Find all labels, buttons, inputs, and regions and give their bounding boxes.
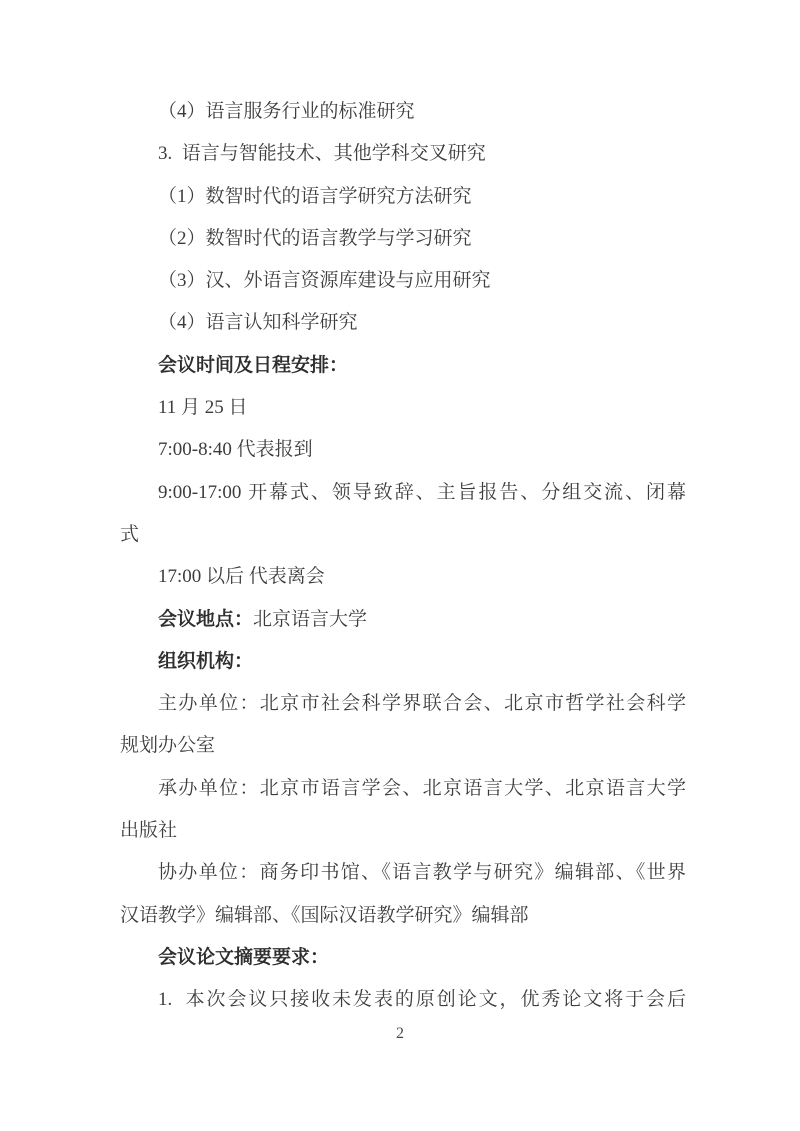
topic-list-item: （4）语言认知科学研究 bbox=[120, 302, 686, 344]
heading-organizers-label: 组织机构： bbox=[158, 651, 253, 672]
topic-list-item: （1）数智时代的语言学研究方法研究 bbox=[120, 176, 686, 218]
heading-organizers: 组织机构： bbox=[120, 641, 686, 683]
topic-list-item: （2）数智时代的语言教学与学习研究 bbox=[120, 218, 686, 260]
schedule-line-continuation: 式 bbox=[120, 514, 686, 556]
schedule-line: 11 月 25 日 bbox=[120, 387, 686, 429]
heading-abstract-requirements-label: 会议论文摘要要求： bbox=[158, 947, 329, 968]
heading-abstract-requirements: 会议论文摘要要求： bbox=[120, 937, 686, 979]
organizer-line-continuation: 汉语教学》编辑部、《国际汉语教学研究》编辑部 bbox=[120, 895, 686, 937]
organizer-line-continuation: 出版社 bbox=[120, 810, 686, 852]
document-page: （4）语言服务行业的标准研究3. 语言与智能技术、其他学科交叉研究（1）数智时代… bbox=[0, 0, 800, 1131]
heading-meeting-schedule: 会议时间及日程安排： bbox=[120, 345, 686, 387]
document-body: （4）语言服务行业的标准研究3. 语言与智能技术、其他学科交叉研究（1）数智时代… bbox=[120, 91, 686, 1022]
organizer-line: 承办单位：北京市语言学会、北京语言大学、北京语言大学 bbox=[120, 768, 686, 810]
topic-list-item: （3）汉、外语言资源库建设与应用研究 bbox=[120, 260, 686, 302]
heading-meeting-venue-value: 北京语言大学 bbox=[253, 609, 367, 630]
organizer-line: 主办单位：北京市社会科学界联合会、北京市哲学社会科学 bbox=[120, 683, 686, 725]
schedule-line: 7:00-8:40 代表报到 bbox=[120, 429, 686, 471]
heading-meeting-venue: 会议地点：北京语言大学 bbox=[120, 599, 686, 641]
schedule-line: 17:00 以后 代表离会 bbox=[120, 556, 686, 598]
page-number: 2 bbox=[0, 1023, 800, 1045]
topic-list-item: 3. 语言与智能技术、其他学科交叉研究 bbox=[120, 133, 686, 175]
organizer-line-continuation: 规划办公室 bbox=[120, 725, 686, 767]
heading-meeting-venue-label: 会议地点： bbox=[158, 609, 253, 630]
abstract-requirement-line: 1. 本次会议只接收未发表的原创论文，优秀论文将于会后 bbox=[120, 979, 686, 1021]
organizer-line: 协办单位：商务印书馆、《语言教学与研究》编辑部、《世界 bbox=[120, 852, 686, 894]
topic-list-item: （4）语言服务行业的标准研究 bbox=[120, 91, 686, 133]
schedule-line: 9:00-17:00 开幕式、领导致辞、主旨报告、分组交流、闭幕 bbox=[120, 472, 686, 514]
heading-meeting-schedule-label: 会议时间及日程安排： bbox=[158, 355, 348, 376]
